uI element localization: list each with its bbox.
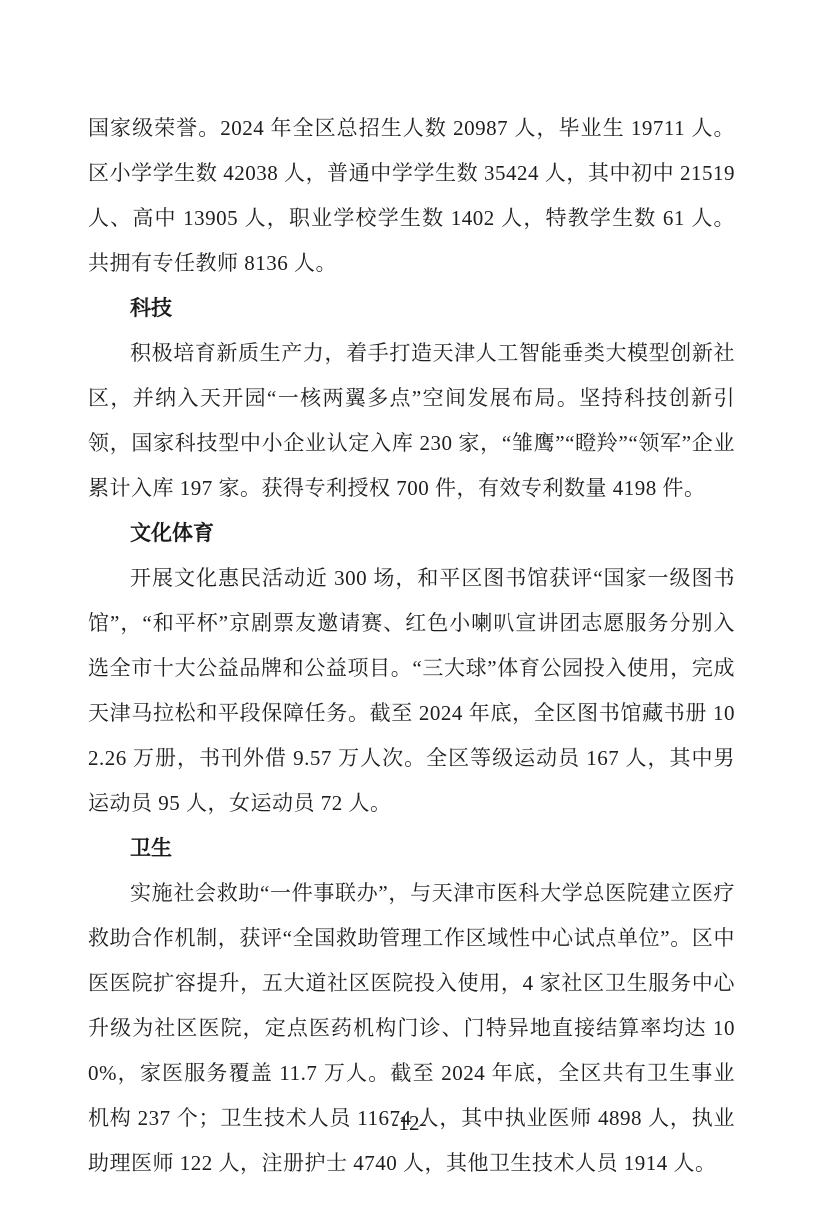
paragraph-health: 实施社会救助“一件事联办”，与天津市医科大学总医院建立医疗救助合作机制，获评“全…	[88, 871, 735, 1186]
paragraph-culture-sports: 开展文化惠民活动近 300 场，和平区图书馆获评“国家一级图书馆”，“和平杯”京…	[88, 556, 735, 826]
section-heading-health: 卫生	[88, 826, 735, 871]
document-page: 国家级荣誉。2024 年全区总招生人数 20987 人，毕业生 19711 人。…	[0, 0, 818, 1228]
paragraph-science-technology: 积极培育新质生产力，着手打造天津人工智能垂类大模型创新社区，并纳入天开园“一核两…	[88, 331, 735, 511]
document-body: 国家级荣誉。2024 年全区总招生人数 20987 人，毕业生 19711 人。…	[88, 106, 735, 1186]
page-number: -12-	[0, 1108, 818, 1138]
section-heading-culture-sports: 文化体育	[88, 511, 735, 556]
section-heading-science-technology: 科技	[88, 286, 735, 331]
paragraph-education-continuation: 国家级荣誉。2024 年全区总招生人数 20987 人，毕业生 19711 人。…	[88, 106, 735, 286]
